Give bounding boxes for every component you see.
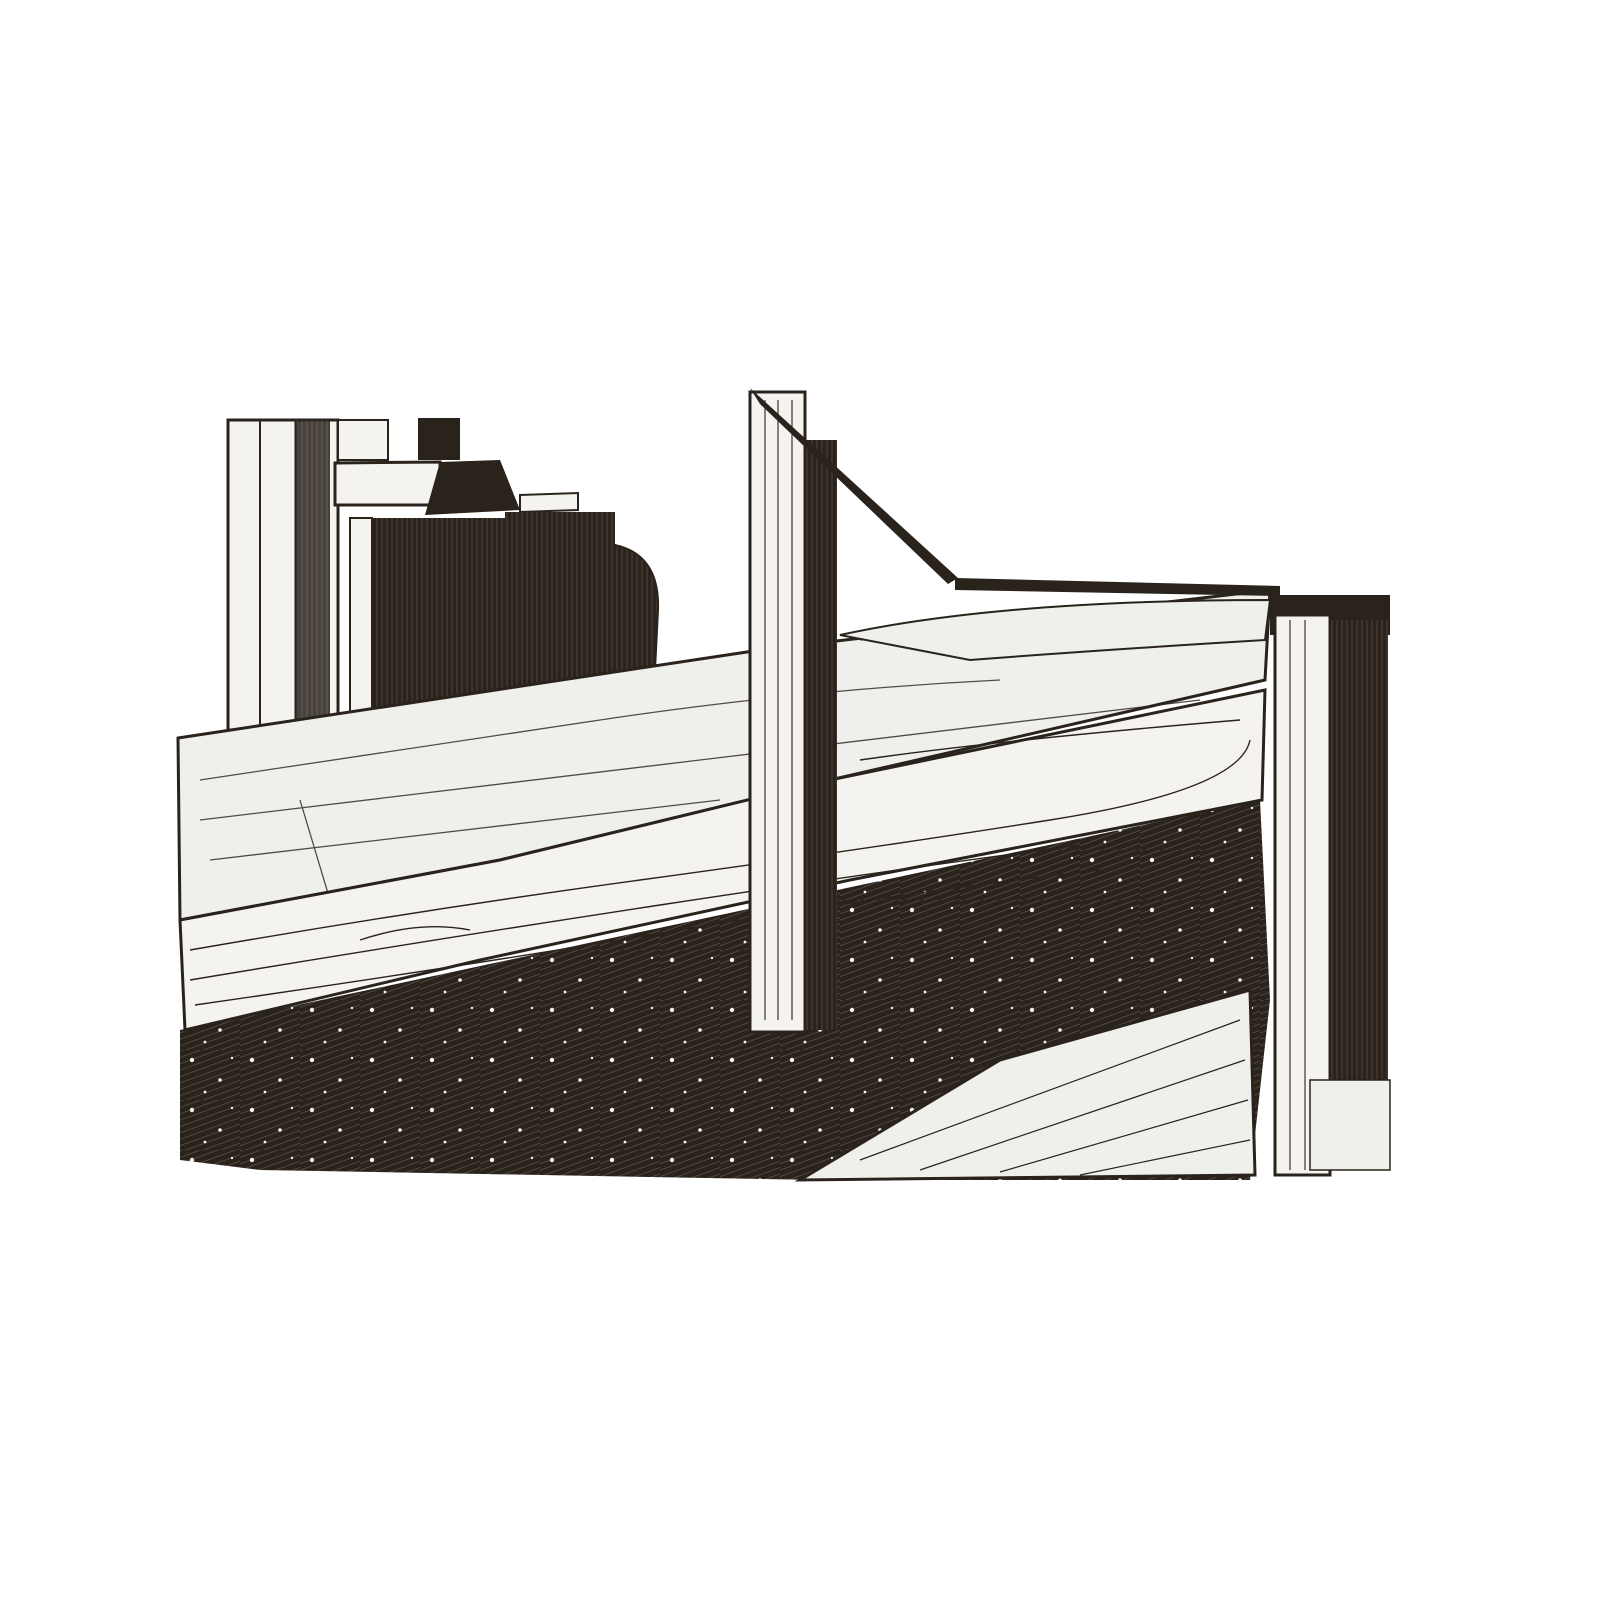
illustration-canvas: Wooden workbench with vertical posts, a … bbox=[0, 0, 1600, 1600]
etching-drawing bbox=[0, 0, 1600, 1600]
center-post bbox=[750, 392, 837, 1032]
rounded-object bbox=[615, 545, 658, 675]
right-post bbox=[1270, 595, 1390, 1175]
stacked-blocks bbox=[335, 418, 615, 718]
